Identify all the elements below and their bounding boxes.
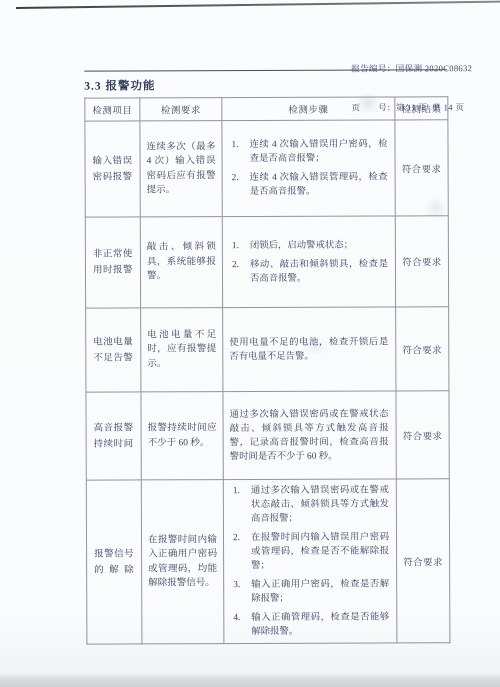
test-step: 在报警时间内输入错误用户密码或管理码，检查是否不能解除报警； [230, 530, 389, 573]
test-step: 通过多次输入错误密码或在警戒状态敲击、倾斜锁具等方式触发高音报警，记录高音报警时… [230, 407, 389, 464]
cell-test-steps: 使用电量不足的电池，检查开锁后是否有电量不足告警。 [223, 307, 396, 392]
cell-test-steps: 通过多次输入错误密码或在警戒状态敲击、倾斜锁具等方式触发高音报警； 在报警时间内… [223, 479, 397, 644]
table-row: 电池电量不足告警 电池电量不足时，应有报警提示。 使用电量不足的电池，检查开锁后… [86, 307, 449, 392]
cell-test-requirement: 报警持续时间应不少于 60 秒。 [141, 392, 223, 480]
test-step: 通过多次输入错误密码或在警戒状态敲击、倾斜锁具等方式触发高音报警； [230, 483, 389, 526]
test-step: 连续 4 次输入错误用户密码，检查是否高音报警； [228, 137, 387, 166]
scan-bottom-shadow [0, 673, 500, 687]
table-row: 非正常使用时报警 敲击、倾斜锁具，系统能够报警。 闭锁后，启动警戒状态； 移动、… [85, 216, 448, 308]
test-step: 闭锁后，启动警戒状态； [229, 238, 388, 253]
cell-test-requirement: 敲击、倾斜锁具，系统能够报警。 [140, 217, 222, 308]
scanned-page: 报告编号：国保测 2020C08632 页 号：第 11 页 共 14 页 3.… [0, 0, 500, 687]
section-title: 3.3 报警功能 [84, 77, 155, 93]
test-step: 输入正确用户密码，检查是否解除报警； [230, 577, 389, 606]
test-step: 使用电量不足的电池，检查开锁后是否有电量不足告警。 [229, 335, 388, 364]
test-step: 移动、敲击和倾斜锁具，检查是否高音报警。 [229, 257, 388, 286]
cell-test-item: 非正常使用时报警 [85, 217, 140, 308]
cell-test-steps: 连续 4 次输入错误用户密码，检查是否高音报警； 连续 4 次输入错误管理码，检… [222, 120, 395, 217]
cell-test-result: 符合要求 [396, 391, 449, 479]
column-header-item: 检测项目 [85, 98, 140, 121]
column-header-requirement: 检测要求 [140, 98, 222, 121]
cell-test-result: 符合要求 [396, 479, 450, 643]
test-step: 输入正确管理码，检查是否能够解除报警。 [230, 610, 389, 639]
cell-test-item: 高音报警持续时间 [86, 392, 141, 480]
column-header-steps: 检测步骤 [222, 97, 395, 121]
table-row: 报警信号的解除 在报警时间内输入正确用户密码或管理码，均能解除报警信号。 通过多… [86, 479, 450, 644]
cell-test-item: 报警信号的解除 [86, 480, 142, 644]
test-step: 连续 4 次输入错误管理码，检查是否高音报警。 [229, 170, 388, 199]
cell-test-requirement: 在报警时间内输入正确用户密码或管理码，均能解除报警信号。 [141, 480, 224, 644]
cell-test-result: 符合要求 [395, 216, 448, 307]
table-row: 输入错误密码报警 连续多次（最多 4 次）输入错误密码后应有报警提示。 连续 4… [85, 120, 448, 217]
table-header-row: 检测项目 检测要求 检测步骤 检测结果 [85, 97, 448, 121]
cell-test-steps: 通过多次输入错误密码或在警戒状态敲击、倾斜锁具等方式触发高音报警，记录高音报警时… [223, 391, 396, 480]
page-content: 报告编号：国保测 2020C08632 页 号：第 11 页 共 14 页 3.… [0, 0, 500, 687]
cell-test-requirement: 连续多次（最多 4 次）输入错误密码后应有报警提示。 [140, 121, 222, 217]
test-results-table: 检测项目 检测要求 检测步骤 检测结果 输入错误密码报警 连续多次（最多 4 次… [84, 96, 450, 644]
column-header-result: 检测结果 [395, 97, 448, 120]
cell-test-result: 符合要求 [396, 307, 449, 391]
cell-test-steps: 闭锁后，启动警戒状态； 移动、敲击和倾斜锁具，检查是否高音报警。 [222, 216, 395, 308]
table-row: 高音报警持续时间 报警持续时间应不少于 60 秒。 通过多次输入错误密码或在警戒… [86, 391, 449, 480]
cell-test-item: 输入错误密码报警 [85, 121, 140, 217]
cell-test-item: 电池电量不足告警 [86, 308, 141, 392]
cell-test-requirement: 电池电量不足时，应有报警提示。 [141, 308, 223, 392]
cell-test-result: 符合要求 [395, 120, 448, 216]
